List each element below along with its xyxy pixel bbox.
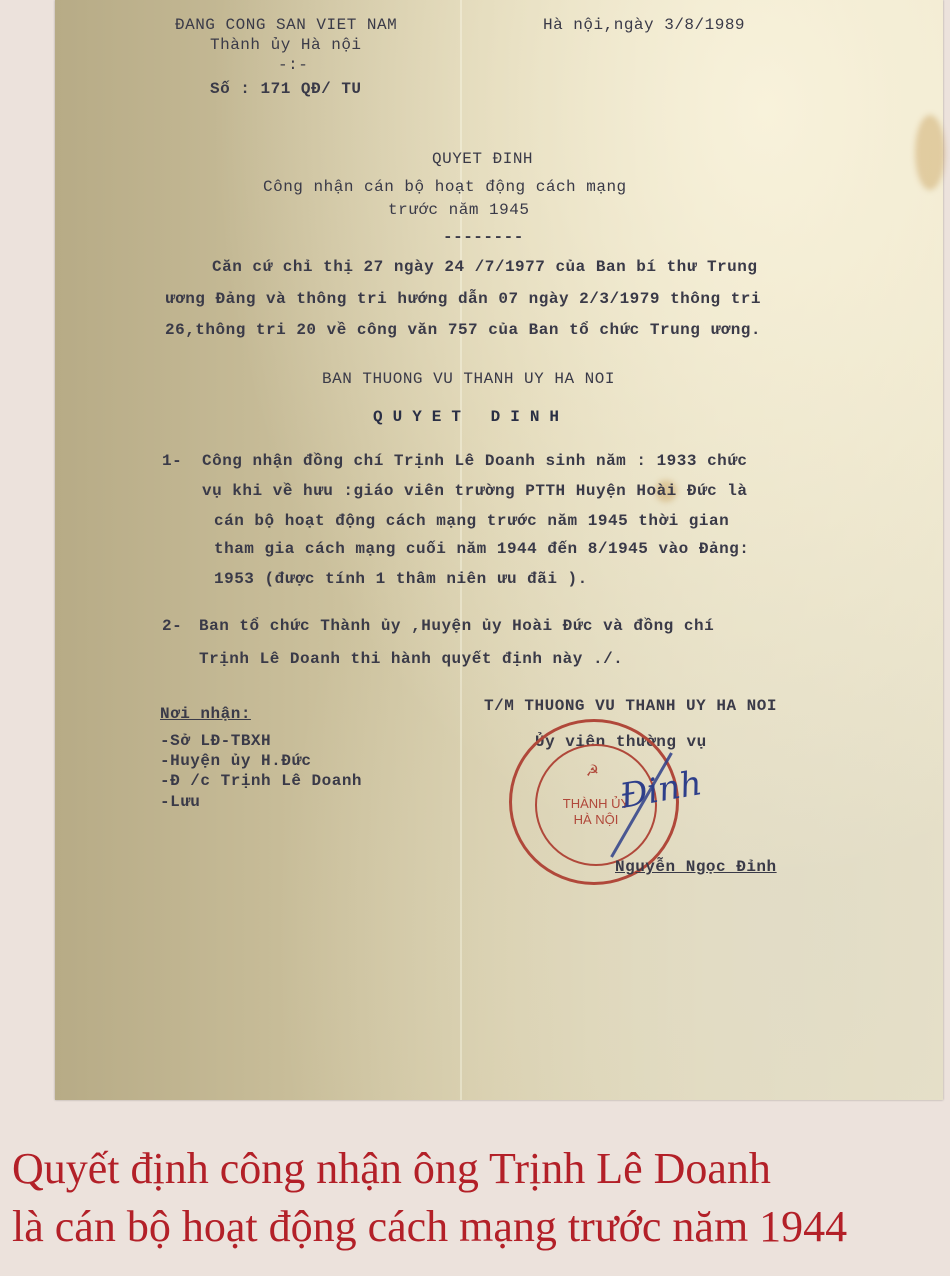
article-line: cán bộ hoạt động cách mạng trước năm 194… <box>214 512 729 530</box>
caption-line-2: là cán bộ hoạt động cách mạng trước năm … <box>12 1198 847 1256</box>
photo-caption: Quyết định công nhận ông Trịnh Lê Doanh … <box>12 1140 847 1256</box>
document-number: Số : 171 QĐ/ TU <box>210 80 362 98</box>
doc-subtitle-2: trước năm 1945 <box>388 201 529 219</box>
recipients-heading: Nơi nhận: <box>160 705 251 723</box>
place-date: Hà nội,ngày 3/8/1989 <box>543 16 745 34</box>
recipient-item: -Huyện ủy H.Đức <box>160 752 312 770</box>
recipient-item: -Lưu <box>160 793 200 811</box>
article-line: Công nhận đồng chí Trịnh Lê Doanh sinh n… <box>202 452 747 470</box>
article-line: Trịnh Lê Doanh thi hành quyết định này .… <box>199 650 623 668</box>
header-org: ĐANG CONG SAN VIET NAM <box>175 16 397 34</box>
header-branch: Thành ủy Hà nội <box>210 36 362 54</box>
issuer: BAN THUONG VU THANH UY HA NOI <box>322 370 615 388</box>
on-behalf-line: T/M THUONG VU THANH UY HA NOI <box>484 697 777 715</box>
article-number: 1- <box>162 452 182 470</box>
recipient-item: -Sở LĐ-TBXH <box>160 732 271 750</box>
article-number: 2- <box>162 617 182 635</box>
preamble-line: 26,thông tri 20 về công văn 757 của Ban … <box>165 321 761 339</box>
doc-title: QUYET ĐINH <box>432 150 533 168</box>
recipient-item: -Đ /c Trịnh Lê Doanh <box>160 772 362 790</box>
preamble-line: ương Đảng và thông tri hướng dẫn 07 ngày… <box>165 290 761 308</box>
header-separator: -:- <box>278 56 308 74</box>
title-rule: -------- <box>443 228 524 246</box>
hammer-sickle-icon: ☭ <box>587 760 598 782</box>
decision-heading: QUYET DINH <box>373 408 569 426</box>
signer-name: Nguyễn Ngọc Đỉnh <box>615 858 777 876</box>
article-line: 1953 (được tính 1 thâm niên ưu đãi ). <box>214 570 588 588</box>
article-line: tham gia cách mạng cuối năm 1944 đến 8/1… <box>214 540 749 558</box>
doc-subtitle-1: Công nhận cán bộ hoạt động cách mạng <box>263 178 627 196</box>
caption-line-1: Quyết định công nhận ông Trịnh Lê Doanh <box>12 1140 847 1198</box>
preamble-line: Căn cứ chỉ thị 27 ngày 24 /7/1977 của Ba… <box>212 258 757 276</box>
article-line: vụ khi về hưu :giáo viên trường PTTH Huy… <box>202 482 747 500</box>
article-line: Ban tổ chức Thành ủy ,Huyện ủy Hoài Đức … <box>199 617 714 635</box>
stain <box>915 115 945 190</box>
